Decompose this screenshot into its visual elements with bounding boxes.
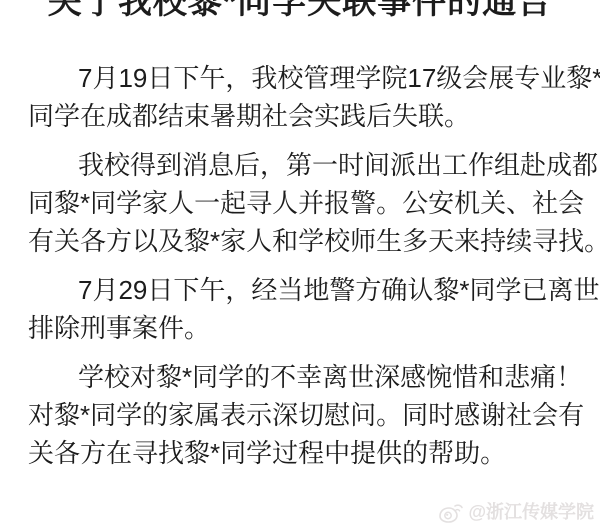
paragraph-line: 7月29日下午，经当地警方确认黎*同学已离世，	[28, 271, 594, 309]
paragraph: 我校得到消息后，第一时间派出工作组赴成都 同黎*同学家人一起寻人并报警。公安机关…	[28, 146, 594, 260]
paragraph-line: 关各方在寻找黎*同学过程中提供的帮助。	[28, 434, 594, 472]
watermark-label: @浙江传媒学院	[468, 501, 594, 523]
notice-page: 关于我校黎*同学失联事件的通告 7月19日下午，我校管理学院17级会展专业黎* …	[0, 0, 600, 530]
paragraph-line: 有关各方以及黎*家人和学校师生多天来持续寻找。	[28, 222, 594, 260]
paragraph-line: 我校得到消息后，第一时间派出工作组赴成都	[28, 146, 594, 184]
notice-title-clip: 关于我校黎*同学失联事件的通告	[0, 0, 600, 22]
paragraph: 学校对黎*同学的不幸离世深感惋惜和悲痛！ 对黎*同学的家属表示深切慰问。同时感谢…	[28, 358, 594, 472]
paragraph: 7月29日下午，经当地警方确认黎*同学已离世， 排除刑事案件。	[28, 271, 594, 347]
paragraph: 7月19日下午，我校管理学院17级会展专业黎* 同学在成都结束暑期社会实践后失联…	[28, 59, 594, 135]
notice-body: 7月19日下午，我校管理学院17级会展专业黎* 同学在成都结束暑期社会实践后失联…	[28, 59, 594, 472]
notice-title: 关于我校黎*同学失联事件的通告	[0, 0, 600, 22]
weibo-icon	[438, 500, 465, 524]
paragraph-line: 学校对黎*同学的不幸离世深感惋惜和悲痛！	[28, 358, 594, 396]
paragraph-line: 同学在成都结束暑期社会实践后失联。	[28, 97, 594, 135]
paragraph-line: 7月19日下午，我校管理学院17级会展专业黎*	[28, 59, 594, 97]
paragraph-line: 对黎*同学的家属表示深切慰问。同时感谢社会有	[28, 396, 594, 434]
paragraph-line: 排除刑事案件。	[28, 309, 594, 347]
weibo-watermark: @浙江传媒学院	[438, 500, 594, 524]
paragraph-line: 同黎*同学家人一起寻人并报警。公安机关、社会	[28, 184, 594, 222]
